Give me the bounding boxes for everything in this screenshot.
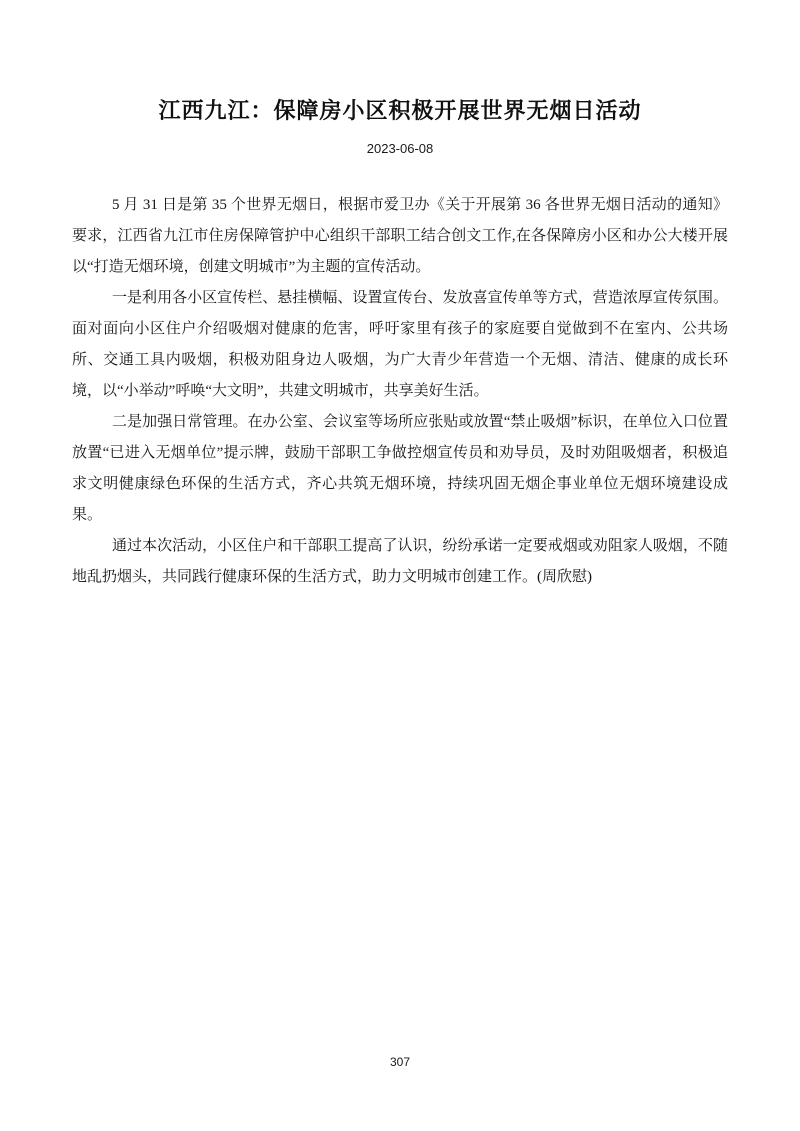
document-date: 2023-06-08 [72,140,728,158]
document-body: 5 月 31 日是第 35 个世界无烟日，根据市爱卫办《关于开展第 36 各世界… [72,190,728,593]
body-paragraph: 5 月 31 日是第 35 个世界无烟日，根据市爱卫办《关于开展第 36 各世界… [72,190,728,283]
document-content: 江西九江：保障房小区积极开展世界无烟日活动 2023-06-08 5 月 31 … [0,0,800,593]
document-page: 江西九江：保障房小区积极开展世界无烟日活动 2023-06-08 5 月 31 … [0,0,800,1131]
body-paragraph: 通过本次活动，小区住户和干部职工提高了认识，纷纷承诺一定要戒烟或劝阻家人吸烟，不… [72,531,728,593]
body-paragraph: 二是加强日常管理。在办公室、会议室等场所应张贴或放置“禁止吸烟”标识，在单位入口… [72,407,728,531]
page-title: 江西九江：保障房小区积极开展世界无烟日活动 [72,96,728,126]
page-number: 307 [0,1055,800,1069]
body-paragraph: 一是利用各小区宣传栏、悬挂横幅、设置宣传台、发放喜宣传单等方式，营造浓厚宣传氛围… [72,283,728,407]
